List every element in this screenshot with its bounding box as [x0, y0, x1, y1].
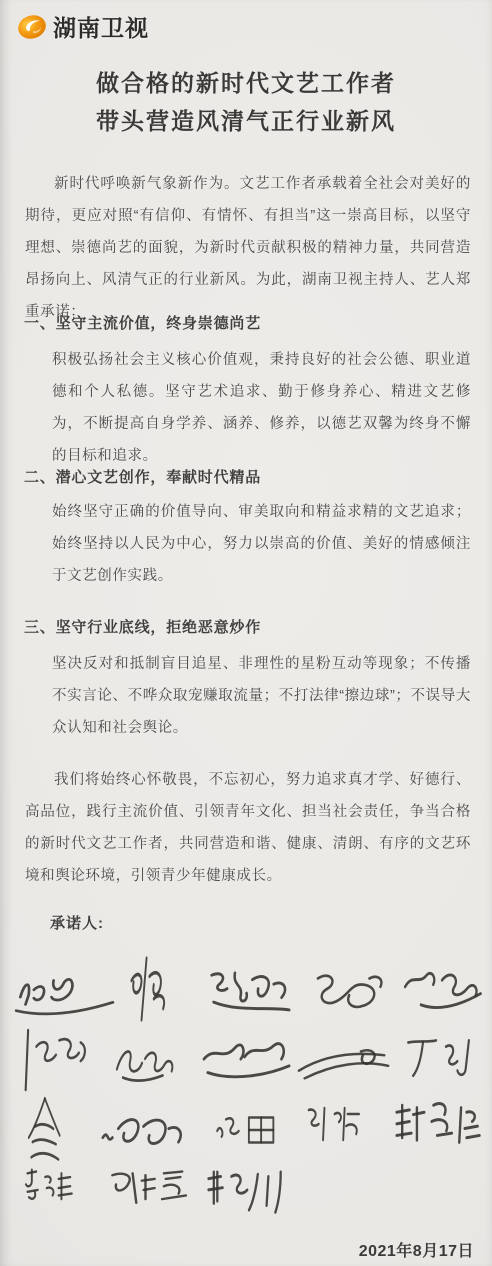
section-3-heading: 三、坚守行业底线，拒绝恶意炒作 [24, 616, 471, 637]
closing-paragraph: 我们将始终心怀敬畏，不忘初心，努力追求真才学、好德行、高品位，践行主流价值、引领… [25, 764, 471, 892]
signature-靳梦佳 [393, 1096, 485, 1154]
signature-鞠红川 [205, 1163, 293, 1219]
signature-11 [25, 1094, 87, 1166]
signature-5 [398, 960, 486, 1016]
document-title: 做合格的新时代文艺工作者 带头营造风清气正行业新风 [0, 64, 492, 140]
brand-bar: 湖南卫视 [16, 10, 149, 43]
intro-paragraph: 新时代呼唤新气象新作为。文艺工作者承载着全社会对美好的期待，更应对照“有信仰、有… [25, 168, 471, 328]
signature-8 [198, 1030, 295, 1086]
section-1-heading: 一、坚守主流价值，终身崇德尚艺 [24, 312, 471, 333]
signature-刘烨 [300, 1100, 372, 1150]
signature-4 [305, 966, 397, 1018]
section-2-heading: 二、潜心文艺创作，奉献时代精品 [24, 466, 471, 487]
signature-梁田 [210, 1106, 282, 1154]
signature-12 [95, 1104, 192, 1160]
pledger-label: 承诺人: [50, 912, 104, 933]
title-line-1: 做合格的新时代文艺工作者 [0, 64, 492, 102]
signature-6 [15, 1026, 97, 1094]
title-line-2: 带头营造风清气正行业新风 [0, 102, 492, 140]
signature-李维嘉 [200, 964, 297, 1020]
signature-17 [105, 1166, 197, 1212]
signature-何炅 [12, 968, 116, 1020]
signature-7 [108, 1038, 182, 1090]
document-date: 2021年8月17日 [359, 1238, 474, 1261]
signature-李浩菲 [20, 1166, 94, 1212]
section-3-body: 坚决反对和抵制盲目追星、非理性的星粉互动等现象；不传播不实言论、不哗众取宠赚取流… [52, 648, 471, 744]
section-2-body: 始终坚守正确的价值导向、审美取向和精益求精的文艺追求；始终坚持以人民为中心，努力… [52, 496, 471, 592]
hunan-tv-logo-icon [16, 11, 48, 43]
section-1-body: 积极弘扬社会主义核心价值观，秉持良好的社会公德、职业道德和个人私德。坚守艺术追求… [52, 344, 471, 472]
signature-10 [400, 1030, 482, 1082]
document-page: 湖南卫视 做合格的新时代文艺工作者 带头营造风清气正行业新风 新时代呼唤新气象新… [0, 0, 492, 1266]
signature-2 [112, 954, 184, 1024]
brand-name: 湖南卫视 [53, 10, 149, 43]
signature-9 [295, 1038, 392, 1086]
